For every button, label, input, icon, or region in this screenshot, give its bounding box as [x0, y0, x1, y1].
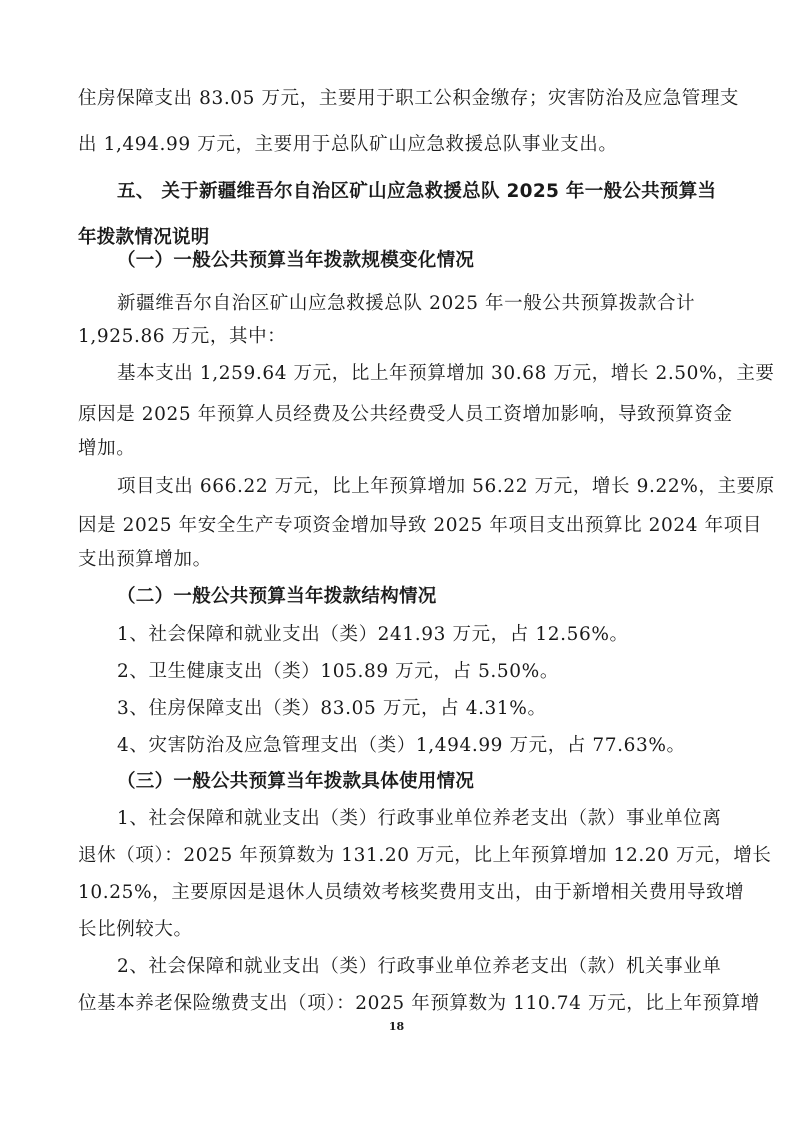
paragraph-line: 住房保障支出 83.05 万元，主要用于职工公积金缴存；灾害防治及应急管理支	[78, 86, 718, 112]
document-page: 住房保障支出 83.05 万元，主要用于职工公积金缴存；灾害防治及应急管理支出 …	[0, 0, 793, 1122]
paragraph-line: 1、社会保障和就业支出（类）241.93 万元，占 12.56%。	[117, 622, 757, 648]
paragraph-line: 新疆维吾尔自治区矿山应急救援总队 2025 年一般公共预算拨款合计	[117, 291, 757, 317]
paragraph-line: 因是 2025 年安全生产专项资金增加导致 2025 年项目支出预算比 2024…	[78, 513, 718, 539]
section-heading-line: （一）一般公共预算当年拨款规模变化情况	[117, 248, 757, 274]
paragraph-line: 长比例较大。	[78, 917, 718, 943]
paragraph-line: 3、住房保障支出（类）83.05 万元，占 4.31%。	[117, 696, 757, 722]
section-heading-line: 五、 关于新疆维吾尔自治区矿山应急救援总队 2025 年一般公共预算当	[117, 179, 757, 205]
paragraph-line: 位基本养老保险缴费支出（项）：2025 年预算数为 110.74 万元，比上年预…	[78, 991, 718, 1017]
paragraph-line: 出 1,494.99 万元，主要用于总队矿山应急救援总队事业支出。	[78, 132, 718, 158]
paragraph-line: 1,925.86 万元，其中：	[78, 324, 718, 350]
paragraph-line: 2、卫生健康支出（类）105.89 万元，占 5.50%。	[117, 659, 757, 685]
paragraph-line: 支出预算增加。	[78, 547, 718, 573]
paragraph-line: 基本支出 1,259.64 万元，比上年预算增加 30.68 万元，增长 2.5…	[117, 361, 757, 387]
paragraph-line: 1、社会保障和就业支出（类）行政事业单位养老支出（款）事业单位离	[117, 806, 757, 832]
paragraph-line: 退休（项）：2025 年预算数为 131.20 万元，比上年预算增加 12.20…	[78, 843, 718, 869]
paragraph-line: 4、灾害防治及应急管理支出（类）1,494.99 万元，占 77.63%。	[117, 733, 757, 759]
paragraph-line: 增加。	[78, 436, 718, 462]
paragraph-line: 10.25%，主要原因是退休人员绩效考核奖费用支出，由于新增相关费用导致增	[78, 880, 718, 906]
paragraph-line: 项目支出 666.22 万元，比上年预算增加 56.22 万元，增长 9.22%…	[117, 474, 757, 500]
page-number: 18	[0, 1020, 793, 1033]
section-heading-line: （二）一般公共预算当年拨款结构情况	[117, 584, 757, 610]
paragraph-line: 原因是 2025 年预算人员经费及公共经费受人员工资增加影响，导致预算资金	[78, 402, 718, 428]
paragraph-line: 2、社会保障和就业支出（类）行政事业单位养老支出（款）机关事业单	[117, 954, 757, 980]
section-heading-line: （三）一般公共预算当年拨款具体使用情况	[117, 769, 757, 795]
